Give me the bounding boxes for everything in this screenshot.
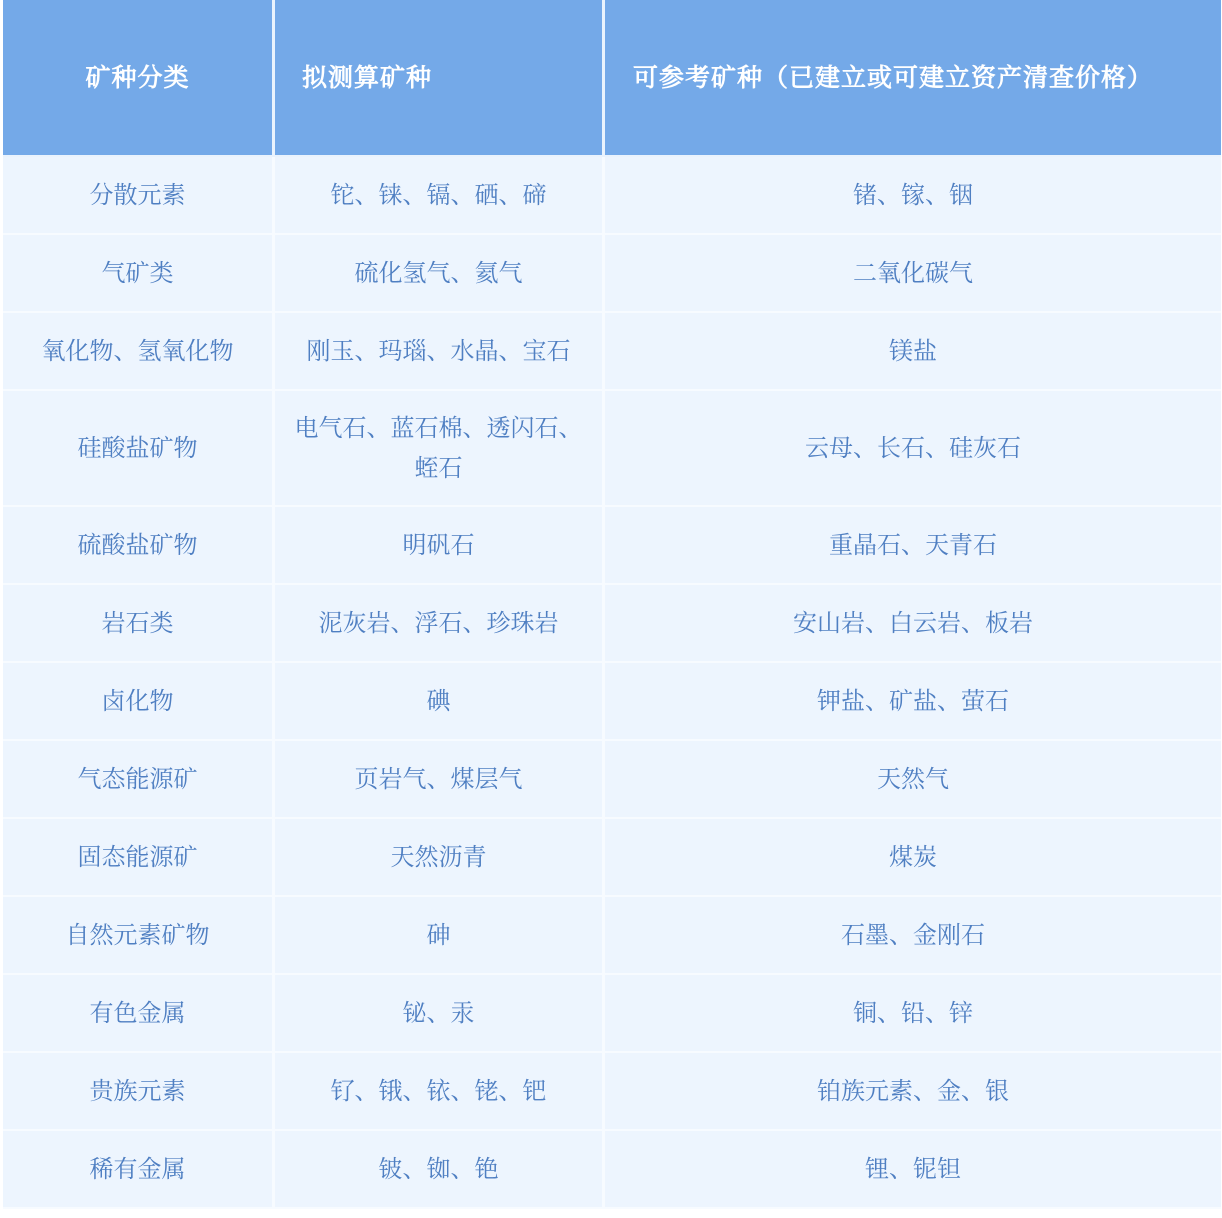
cell-reference: 铜、铅、锌 bbox=[605, 975, 1221, 1053]
cell-to-estimate: 明矾石 bbox=[275, 507, 605, 585]
table-row: 自然元素矿物 砷 石墨、金刚石 bbox=[3, 897, 1221, 975]
cell-category: 气态能源矿 bbox=[3, 741, 275, 819]
cell-reference: 安山岩、白云岩、板岩 bbox=[605, 585, 1221, 663]
cell-category: 岩石类 bbox=[3, 585, 275, 663]
cell-reference: 钾盐、矿盐、萤石 bbox=[605, 663, 1221, 741]
cell-reference: 二氧化碳气 bbox=[605, 235, 1221, 313]
cell-category: 硅酸盐矿物 bbox=[3, 391, 275, 507]
table-header: 矿种分类 拟测算矿种 可参考矿种（已建立或可建立资产清查价格） bbox=[3, 0, 1221, 157]
table-row: 岩石类 泥灰岩、浮石、珍珠岩 安山岩、白云岩、板岩 bbox=[3, 585, 1221, 663]
cell-to-estimate: 电气石、蓝石棉、透闪石、蛭石 bbox=[275, 391, 605, 507]
header-mineral-category: 矿种分类 bbox=[3, 0, 275, 157]
header-row: 矿种分类 拟测算矿种 可参考矿种（已建立或可建立资产清查价格） bbox=[3, 0, 1221, 157]
cell-to-estimate: 刚玉、玛瑙、水晶、宝石 bbox=[275, 313, 605, 391]
cell-reference: 镁盐 bbox=[605, 313, 1221, 391]
table-row: 分散元素 铊、铼、镉、硒、碲 锗、镓、铟 bbox=[3, 157, 1221, 235]
table-body: 分散元素 铊、铼、镉、硒、碲 锗、镓、铟 气矿类 硫化氢气、氦气 二氧化碳气 氧… bbox=[3, 157, 1221, 1209]
cell-reference: 锗、镓、铟 bbox=[605, 157, 1221, 235]
cell-reference: 天然气 bbox=[605, 741, 1221, 819]
cell-to-estimate: 砷 bbox=[275, 897, 605, 975]
cell-category: 自然元素矿物 bbox=[3, 897, 275, 975]
table-row: 气矿类 硫化氢气、氦气 二氧化碳气 bbox=[3, 235, 1221, 313]
table-row: 硫酸盐矿物 明矾石 重晶石、天青石 bbox=[3, 507, 1221, 585]
cell-category: 气矿类 bbox=[3, 235, 275, 313]
table-row: 卤化物 碘 钾盐、矿盐、萤石 bbox=[3, 663, 1221, 741]
cell-category: 卤化物 bbox=[3, 663, 275, 741]
cell-category: 氧化物、氢氧化物 bbox=[3, 313, 275, 391]
header-minerals-to-estimate: 拟测算矿种 bbox=[275, 0, 605, 157]
cell-to-estimate: 天然沥青 bbox=[275, 819, 605, 897]
table-row: 固态能源矿 天然沥青 煤炭 bbox=[3, 819, 1221, 897]
cell-category: 分散元素 bbox=[3, 157, 275, 235]
table-row: 有色金属 铋、汞 铜、铅、锌 bbox=[3, 975, 1221, 1053]
table-row: 硅酸盐矿物 电气石、蓝石棉、透闪石、蛭石 云母、长石、硅灰石 bbox=[3, 391, 1221, 507]
cell-category: 稀有金属 bbox=[3, 1131, 275, 1209]
cell-reference: 重晶石、天青石 bbox=[605, 507, 1221, 585]
cell-reference: 锂、铌钽 bbox=[605, 1131, 1221, 1209]
cell-to-estimate: 钌、锇、铱、铑、钯 bbox=[275, 1053, 605, 1131]
cell-to-estimate: 泥灰岩、浮石、珍珠岩 bbox=[275, 585, 605, 663]
table-row: 贵族元素 钌、锇、铱、铑、钯 铂族元素、金、银 bbox=[3, 1053, 1221, 1131]
cell-to-estimate: 铋、汞 bbox=[275, 975, 605, 1053]
cell-reference: 煤炭 bbox=[605, 819, 1221, 897]
cell-to-estimate: 页岩气、煤层气 bbox=[275, 741, 605, 819]
cell-to-estimate: 铊、铼、镉、硒、碲 bbox=[275, 157, 605, 235]
table-row: 气态能源矿 页岩气、煤层气 天然气 bbox=[3, 741, 1221, 819]
cell-to-estimate: 碘 bbox=[275, 663, 605, 741]
cell-to-estimate: 铍、铷、铯 bbox=[275, 1131, 605, 1209]
cell-reference: 云母、长石、硅灰石 bbox=[605, 391, 1221, 507]
mineral-classification-table: 矿种分类 拟测算矿种 可参考矿种（已建立或可建立资产清查价格） 分散元素 铊、铼… bbox=[3, 0, 1221, 1209]
cell-reference: 铂族元素、金、银 bbox=[605, 1053, 1221, 1131]
cell-category: 硫酸盐矿物 bbox=[3, 507, 275, 585]
cell-to-estimate: 硫化氢气、氦气 bbox=[275, 235, 605, 313]
table-row: 稀有金属 铍、铷、铯 锂、铌钽 bbox=[3, 1131, 1221, 1209]
cell-category: 贵族元素 bbox=[3, 1053, 275, 1131]
cell-category: 有色金属 bbox=[3, 975, 275, 1053]
cell-reference: 石墨、金刚石 bbox=[605, 897, 1221, 975]
header-reference-minerals: 可参考矿种（已建立或可建立资产清查价格） bbox=[605, 0, 1221, 157]
table-row: 氧化物、氢氧化物 刚玉、玛瑙、水晶、宝石 镁盐 bbox=[3, 313, 1221, 391]
cell-category: 固态能源矿 bbox=[3, 819, 275, 897]
